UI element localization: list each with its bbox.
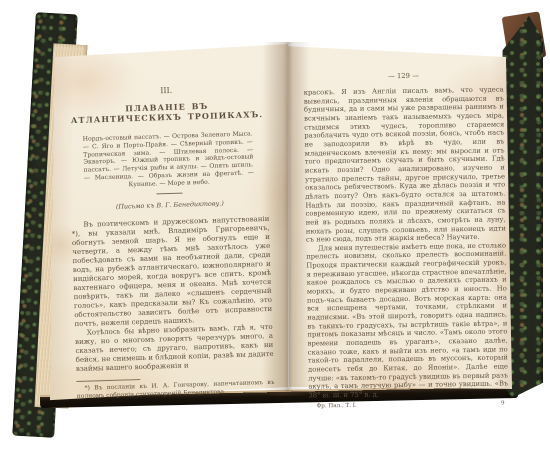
dedication-line: (Письмо къ В. Г. Бенедиктову.) bbox=[71, 197, 269, 211]
signature-row: Фр. Пал., Т. I. 9 bbox=[309, 400, 509, 409]
book-photo: III. ПЛАВАНІЕ ВЪ АТЛАНТИЧЕСКИХЪ ТРОПИКАХ… bbox=[0, 0, 550, 450]
page-number: — 129 — bbox=[303, 70, 503, 81]
signature-title: Фр. Пал., Т. I. bbox=[317, 402, 357, 409]
right-page-content: — 129 — красокъ. Я изъ Англіи писалъ вам… bbox=[303, 70, 508, 409]
left-body-paragraph-1: Въ поэтическомъ и дружескомъ напутствова… bbox=[71, 214, 272, 329]
right-body-paragraph-1: красокъ. Я изъ Англіи писалъ вамъ, что ч… bbox=[304, 85, 506, 244]
footnote-rule bbox=[76, 379, 140, 382]
left-page-content: III. ПЛАВАНІЕ ВЪ АТЛАНТИЧЕСКИХЪ ТРОПИКАХ… bbox=[67, 83, 275, 401]
right-body-paragraph-2: Для меня путешествіе имѣетъ еще пока, не… bbox=[306, 241, 508, 400]
signature-number: 9 bbox=[501, 400, 505, 406]
chapter-synopsis: Нордъ-остовый пассатъ. — Острова Зеленаг… bbox=[83, 130, 255, 190]
left-body-paragraph-2: Хотѣлось бы вѣрно изобразить вамъ, гдѣ я… bbox=[75, 323, 274, 374]
section-divider-rule bbox=[156, 192, 182, 194]
chapter-title: ПЛАВАНІЕ ВЪ АТЛАНТИЧЕСКИХЪ ТРОПИКАХЪ. bbox=[68, 99, 267, 125]
